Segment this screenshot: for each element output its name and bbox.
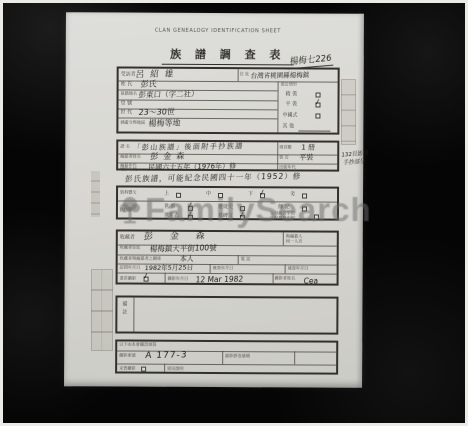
divider bbox=[273, 273, 274, 283]
table-staff-use: 以下由本會職員填寫 攝影案號 A 177-3 縮影膠卷號碼 未曾攝影 原因說明 bbox=[115, 339, 338, 374]
checkbox-biographies bbox=[302, 206, 307, 211]
value-volume-count: 1 冊 bbox=[301, 144, 315, 151]
value-visit-date: 1982年5月25日 bbox=[144, 264, 193, 271]
label-owner-address: 收藏者住址 bbox=[120, 247, 141, 252]
divider bbox=[164, 364, 165, 372]
value-genealogy-title: 「彭山族譜」後面附手抄族譜 bbox=[133, 143, 244, 152]
label-case-number: 攝影案號 bbox=[119, 355, 136, 360]
label-ancestral-place: 祖籍地名 bbox=[121, 93, 138, 98]
bleedthrough-smudge bbox=[91, 171, 100, 217]
divider bbox=[294, 351, 295, 364]
divider bbox=[210, 264, 211, 273]
value-generations: 23～30世 bbox=[138, 108, 175, 117]
label-owner-compiler-relation: 收藏者與編纂者之關係 bbox=[120, 257, 161, 262]
label-photographer: 攝影者姓名 bbox=[275, 277, 296, 282]
checkmark-pedigree-chart: ✓ bbox=[186, 210, 194, 219]
label-generations: 世 代 bbox=[120, 111, 132, 117]
label-not-filmed: 未曾攝影 bbox=[119, 367, 136, 372]
value-compiler-name: 彭金森 bbox=[150, 152, 190, 161]
label-surname: 姓 氏 bbox=[121, 83, 133, 89]
label-chinese-style: 中國式 bbox=[282, 113, 297, 119]
checkmark-quality-low: ✓ bbox=[258, 188, 266, 197]
bleedthrough-stamp-right bbox=[341, 79, 356, 145]
form-header-english: CLAN GENEALOGY IDENTIFICATION SHEET bbox=[98, 27, 338, 34]
divider bbox=[165, 273, 166, 283]
divider bbox=[277, 81, 278, 132]
margin-note-handcopy: 手抄部分 bbox=[343, 160, 365, 167]
divider bbox=[133, 298, 134, 332]
label-visit-date: 訪問年月日 bbox=[120, 266, 141, 271]
label-phone: 電 話 bbox=[241, 258, 251, 263]
table-clan-info: 受訪者 呂紹雄 住 址 台灣省桃園縣楊梅鎮 姓 氏 彭氏 祖籍地名 彭東口（字二… bbox=[116, 66, 339, 134]
checkbox-quality-high bbox=[176, 192, 181, 197]
checkbox-quality-mid bbox=[218, 193, 223, 198]
label-quality-low: 下 bbox=[248, 192, 253, 198]
divider bbox=[283, 232, 284, 245]
label-supplement-date: 補查年月日 bbox=[288, 267, 309, 272]
value-photographer: Cea bbox=[303, 277, 318, 285]
handwritten-note: 彭氏族譜，可能紀念民國四十一年（1952）修 bbox=[125, 173, 302, 183]
label-staff-only: 以下由本會職員填寫 bbox=[119, 344, 156, 349]
remarks-box: 備註 bbox=[115, 295, 338, 334]
divider bbox=[238, 69, 239, 81]
value-interviewee: 呂紹雄 bbox=[135, 70, 179, 79]
label-recheck-date: 複查年月日 bbox=[213, 266, 234, 271]
label-interviewee: 受訪者 bbox=[121, 73, 136, 79]
divider bbox=[238, 255, 239, 264]
label-migration-history: 遷徙史 bbox=[218, 205, 233, 211]
checkbox-not-filmed bbox=[141, 366, 146, 371]
label-publish-year: 出版年代 bbox=[279, 166, 296, 171]
value-owner-compiler-relation: 本人 bbox=[179, 255, 194, 262]
checkmark-tombstone-text: ✓ bbox=[238, 210, 246, 219]
label-quality-mid: 中 bbox=[206, 192, 211, 198]
value-coverage-area: 楊梅等地 bbox=[148, 119, 181, 128]
label-hall-name: 堂 號 bbox=[120, 102, 132, 108]
value-surname: 彭氏 bbox=[140, 81, 157, 89]
label-binding-other: 其 他 bbox=[282, 124, 294, 130]
checkbox-chinese-style bbox=[315, 114, 320, 119]
divider bbox=[222, 351, 223, 364]
label-same-as-compiler-line2: 同一人否 bbox=[286, 240, 303, 245]
label-binding-header: 裝訂情形 bbox=[281, 83, 298, 88]
value-ancestral-place: 彭東口（字二社） bbox=[138, 90, 199, 98]
label-paperback: 平 裝 bbox=[285, 102, 297, 108]
label-filming-permitted: 准許攝影 bbox=[120, 278, 137, 283]
blank-line bbox=[298, 130, 330, 131]
table-genealogy-info: 譜 名 「彭山族譜」後面附手抄族譜 冊頁數 1 冊 編纂者姓名 彭金森 裝 訂 … bbox=[116, 139, 339, 171]
microfilm-scan-page: CLAN GENEALOGY IDENTIFICATION SHEET 族 譜 … bbox=[0, 0, 468, 426]
label-volume-count: 冊頁數 bbox=[279, 146, 291, 151]
table-contents: 資料豐欠 上 中 下 ✓ 劣 內 容 世 系 ✓ 遷徙史 傳 記 世系表 bbox=[116, 185, 339, 220]
value-case-number: A 177-3 bbox=[145, 351, 188, 361]
label-filming-date: 攝影年月日 bbox=[168, 277, 189, 282]
value-owner-address: 楊梅鎮大平街100號 bbox=[149, 244, 216, 253]
divider bbox=[285, 264, 286, 273]
label-pedigree-chart: 世系表 bbox=[164, 214, 179, 220]
label-hardcover: 精 裝 bbox=[286, 92, 298, 98]
value-binding-type: 平裝 bbox=[299, 154, 314, 161]
label-coverage-area: 涵蓋分佈地區 bbox=[120, 122, 145, 127]
bleedthrough-stamp-left bbox=[91, 269, 113, 351]
label-compiler-name: 編纂者姓名 bbox=[120, 156, 141, 161]
label-data-quality: 資料豐欠 bbox=[120, 192, 137, 197]
value-filming-date: 12 Mar 1982 bbox=[195, 276, 243, 284]
label-remarks: 備註 bbox=[122, 302, 129, 317]
label-quality-poor: 劣 bbox=[290, 192, 295, 198]
value-address: 台灣省桃園縣楊梅鎮 bbox=[250, 72, 309, 79]
divider bbox=[277, 142, 278, 169]
checkbox-quality-poor bbox=[302, 193, 307, 198]
label-biographies: 傳 記 bbox=[278, 205, 290, 211]
checkmark-paperback: ✓ bbox=[314, 98, 322, 107]
label-revision-year: 增修年代 bbox=[120, 168, 137, 173]
table-owner-info: 收藏者 彭 金 森 與編纂人 同一人否 收藏者住址 楊梅鎮大平街100號 收藏者… bbox=[116, 229, 339, 285]
value-compile-year: 民國六十五年（1976年）修 bbox=[148, 163, 236, 171]
divider bbox=[117, 363, 336, 365]
label-quality-high: 上 bbox=[164, 192, 169, 198]
label-microfilm-number: 縮影膠卷號碼 bbox=[225, 355, 250, 360]
divider bbox=[118, 117, 277, 119]
label-binding-type: 裝 訂 bbox=[279, 156, 289, 161]
form-title-chinese: 族 譜 調 查 表 bbox=[162, 46, 294, 66]
label-reason: 原因說明 bbox=[167, 367, 184, 372]
value-owner: 彭 金 森 bbox=[143, 232, 212, 242]
checkbox-parent-names bbox=[314, 214, 319, 219]
label-genealogy-title: 譜 名 bbox=[120, 146, 130, 151]
label-tombstone-text: 墓碑文 bbox=[218, 214, 233, 220]
label-lineage: 世 系 bbox=[164, 205, 176, 211]
label-owner: 收藏者 bbox=[120, 236, 135, 242]
divider bbox=[118, 200, 337, 202]
label-parent-names-line2: （配偶姓氏） bbox=[270, 217, 295, 222]
divider bbox=[119, 99, 278, 101]
label-contents: 內 容 bbox=[120, 209, 132, 215]
label-address: 住 址 bbox=[240, 73, 250, 78]
